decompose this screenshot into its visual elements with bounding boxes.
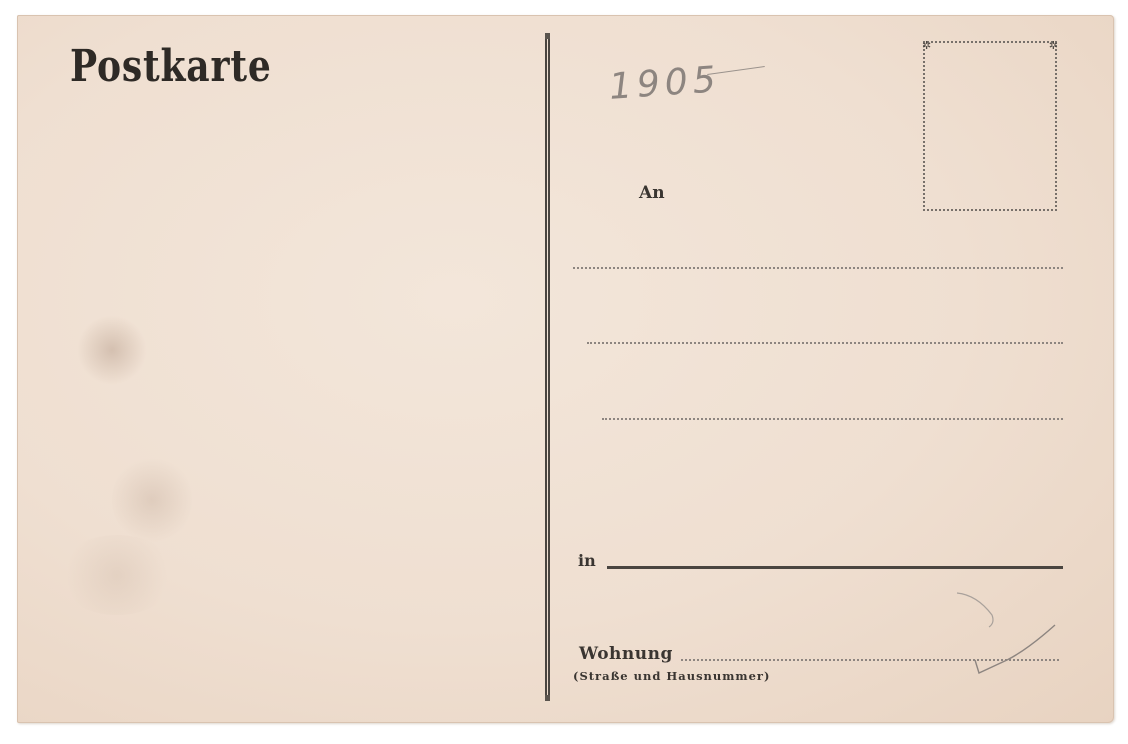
postcard: Postkarte 1905 An ✲ ✲ in Wohnung (Straße… — [17, 15, 1114, 723]
city-label: in — [578, 551, 596, 570]
pencil-checkmark-icon — [937, 585, 1067, 675]
ornament-icon: ✲ — [1049, 39, 1058, 52]
handwritten-year: 1905 — [608, 59, 722, 108]
stain — [112, 455, 192, 545]
stamp-box: ✲ ✲ — [923, 41, 1057, 211]
stain — [77, 315, 147, 385]
stain — [57, 535, 177, 615]
residence-label: Wohnung — [579, 644, 673, 664]
address-line-1[interactable] — [573, 267, 1063, 269]
ornament-icon: ✲ — [922, 39, 931, 52]
address-line-2[interactable] — [587, 342, 1063, 344]
recipient-label: An — [639, 183, 665, 203]
address-line-3[interactable] — [602, 418, 1063, 420]
residence-hint: (Straße und Hausnummer) — [573, 669, 770, 683]
center-divider — [545, 35, 550, 699]
postcard-title: Postkarte — [70, 41, 272, 92]
city-line[interactable] — [607, 566, 1063, 569]
